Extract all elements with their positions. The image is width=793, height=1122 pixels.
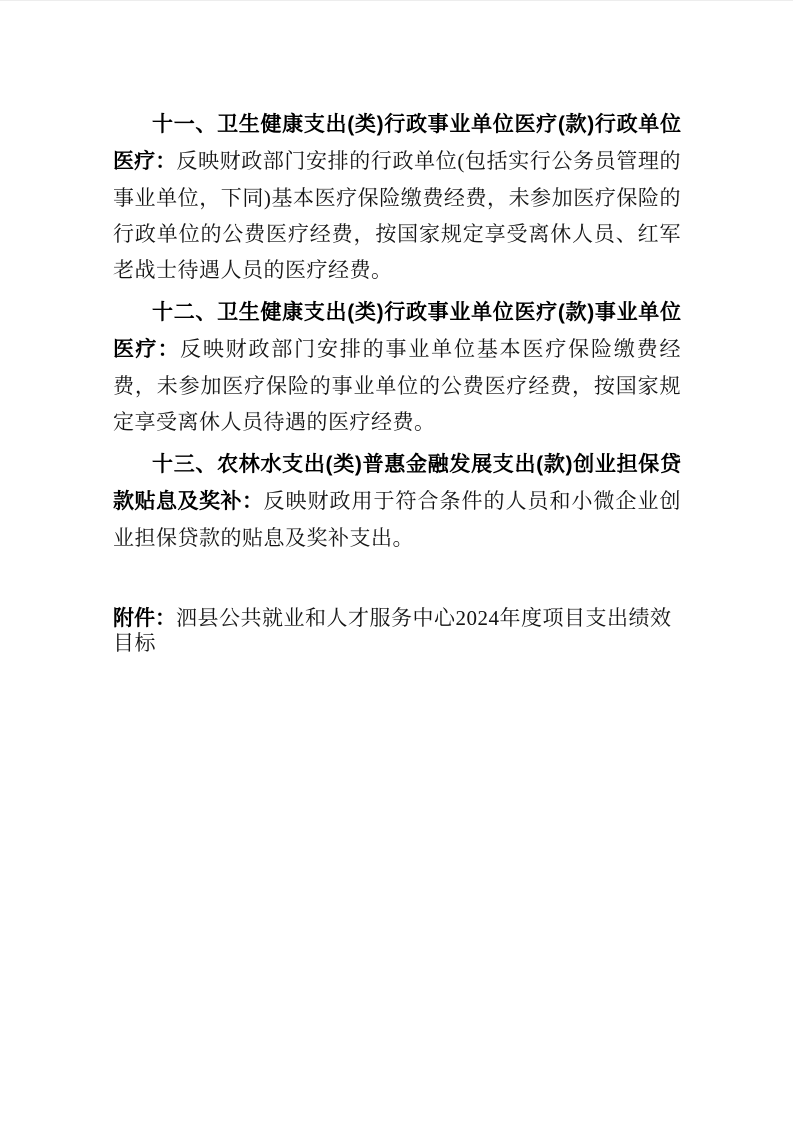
paragraph-item-13: 十三、农林水支出(类)普惠金融发展支出(款)创业担保贷款贴息及奖补：反映财政用于…: [113, 446, 681, 556]
paragraph-12-body: 反映财政部门安排的事业单位基本医疗保险缴费经费，未参加医疗保险的事业单位的公费医…: [113, 337, 681, 434]
document-content: 十一、卫生健康支出(类)行政事业单位医疗(款)行政单位医疗：反映财政部门安排的行…: [0, 1, 793, 656]
attachment-line: 附件：泗县公共就业和人才服务中心2024年度项目支出绩效目标: [113, 606, 681, 656]
paragraph-item-12: 十二、卫生健康支出(类)行政事业单位医疗(款)事业单位医疗：反映财政部门安排的事…: [113, 294, 681, 440]
attachment-text: 泗县公共就业和人才服务中心2024年度项目支出绩效目标: [113, 606, 672, 655]
document-page: 十一、卫生健康支出(类)行政事业单位医疗(款)行政单位医疗：反映财政部门安排的行…: [0, 0, 793, 1122]
paragraph-item-11: 十一、卫生健康支出(类)行政事业单位医疗(款)行政单位医疗：反映财政部门安排的行…: [113, 106, 681, 288]
paragraph-11-body: 反映财政部门安排的行政单位(包括实行公务员管理的事业单位，下同)基本医疗保险缴费…: [113, 149, 681, 282]
attachment-label: 附件：: [113, 607, 176, 630]
